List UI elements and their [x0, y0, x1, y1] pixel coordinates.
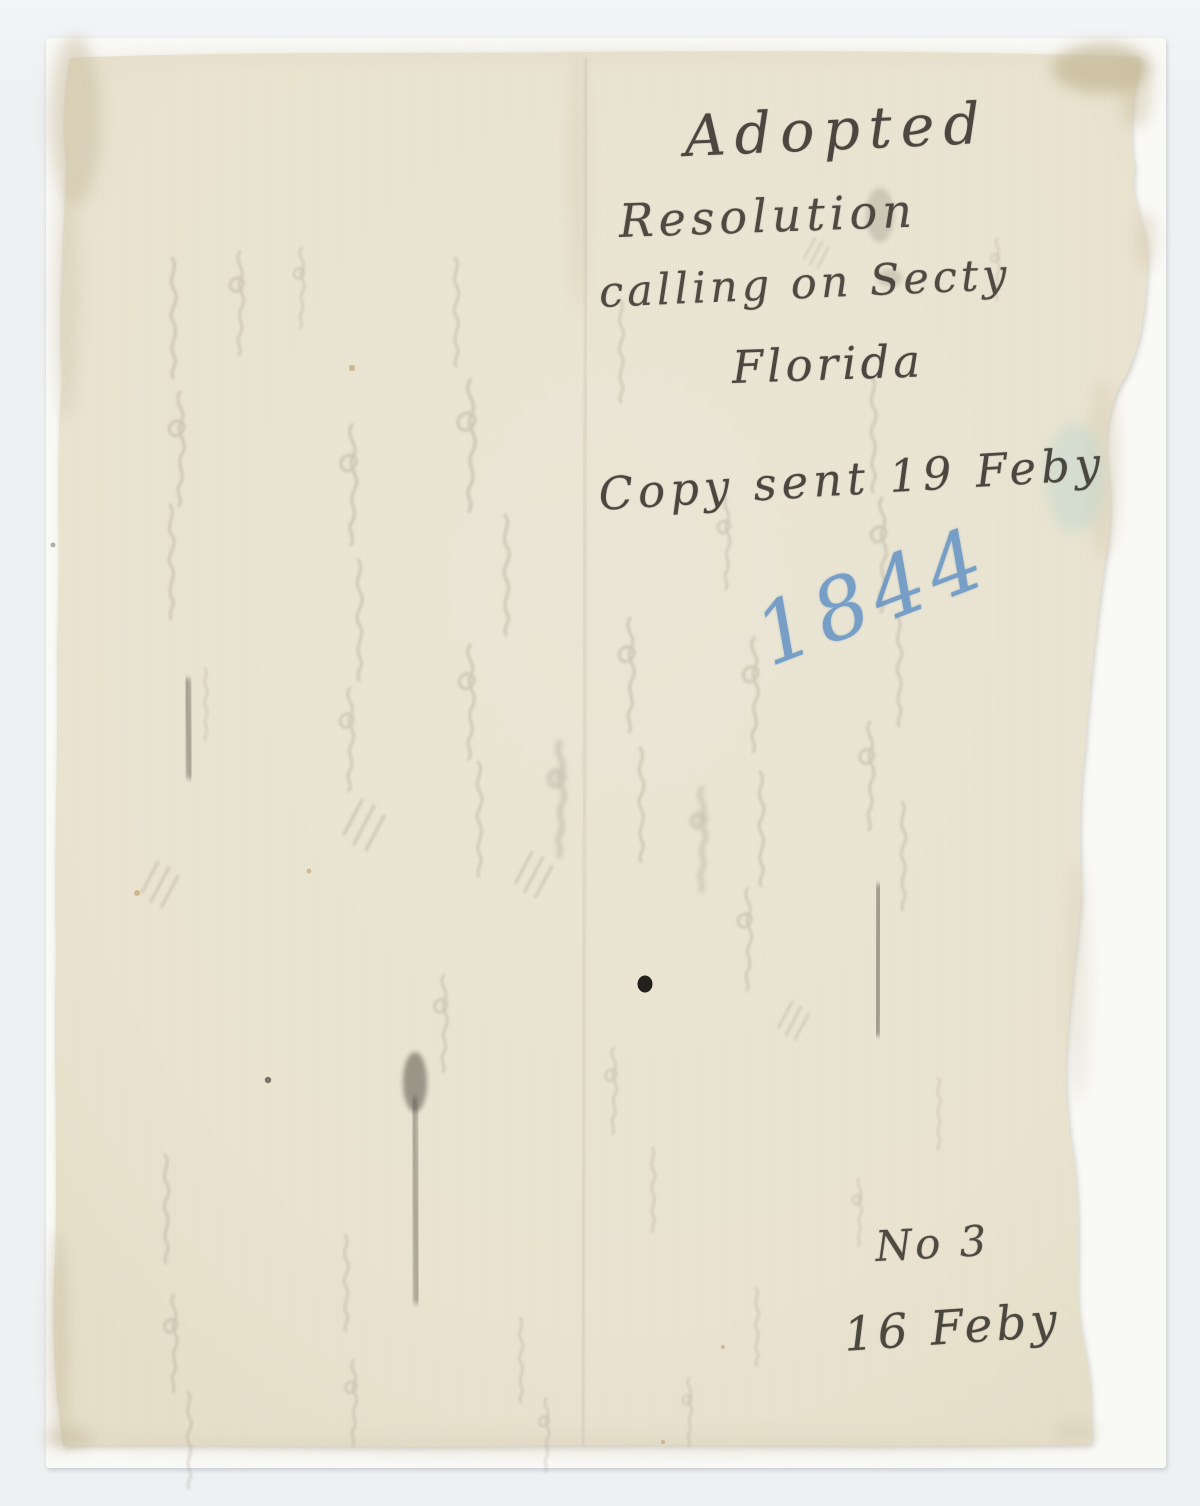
handwriting-resolution: Resolution — [618, 184, 918, 248]
ink-streak — [877, 888, 879, 1032]
handwriting-florida: Florida — [731, 334, 925, 394]
ink-dot — [638, 976, 653, 993]
handwriting-adopted: Adopted — [683, 91, 990, 170]
handwriting-doc-number: No 3 — [874, 1216, 991, 1271]
scan-artwork — [0, 0, 1200, 1506]
ink-streak — [187, 682, 190, 775]
scan-canvas: Adopted Resolution calling on Secty Flor… — [0, 0, 1200, 1506]
ink-dot-small — [265, 1077, 271, 1083]
ink-streak — [414, 1100, 417, 1300]
